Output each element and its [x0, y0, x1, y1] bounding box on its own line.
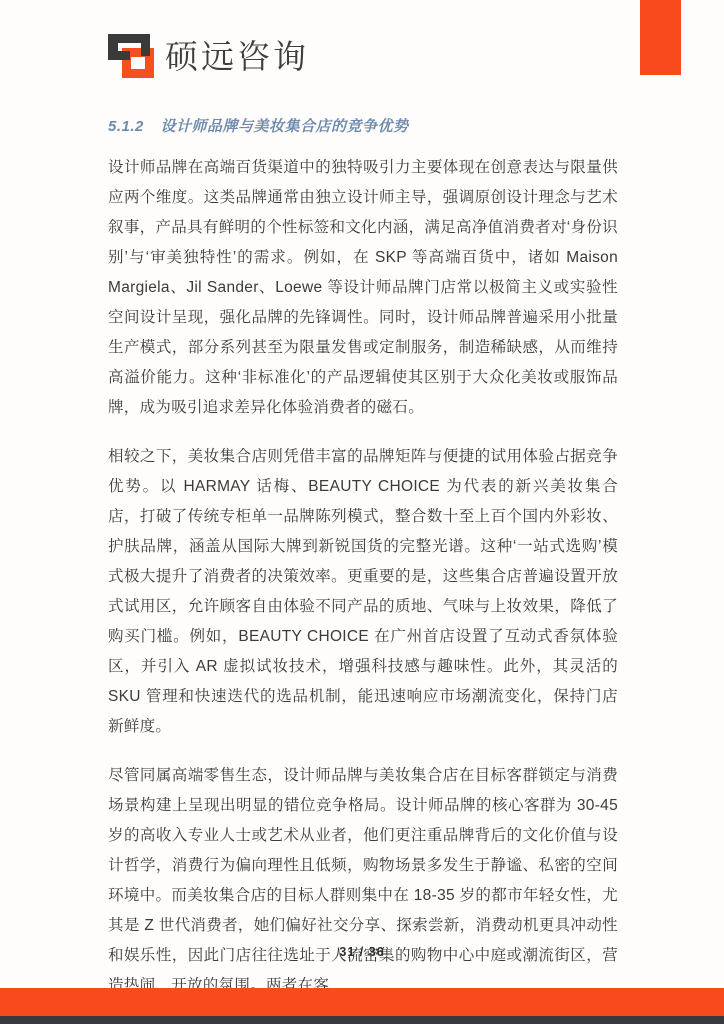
shuoyuan-logo-icon	[108, 34, 156, 80]
section-heading-title: 设计师品牌与美妆集合店的竞争优势	[161, 118, 409, 135]
paragraph-3: 尽管同属高端零售生态，设计师品牌与美妆集合店在目标客群锁定与消费场景构建上呈现出…	[108, 761, 618, 1001]
paragraph-2: 相较之下，美妆集合店则凭借丰富的品牌矩阵与便捷的试用体验占据竞争优势。以 HAR…	[108, 442, 618, 742]
document-content: 5.1.2 设计师品牌与美妆集合店的竞争优势 设计师品牌在高端百货渠道中的独特吸…	[108, 116, 618, 1020]
paragraph-1: 设计师品牌在高端百货渠道中的独特吸引力主要体现在创意表达与限量供应两个维度。这类…	[108, 153, 618, 423]
page-number: 31 / 36	[0, 945, 724, 959]
section-heading-number: 5.1.2	[108, 118, 144, 135]
brand-name: 硕远咨询	[165, 34, 309, 80]
brand-logo: 硕远咨询	[108, 34, 309, 80]
document-page: 硕远咨询 5.1.2 设计师品牌与美妆集合店的竞争优势 设计师品牌在高端百货渠道…	[0, 0, 724, 1024]
footer-accent-bar	[0, 988, 724, 1016]
footer-dark-bar	[0, 1016, 724, 1024]
section-heading: 5.1.2 设计师品牌与美妆集合店的竞争优势	[108, 116, 618, 138]
header-accent-block	[640, 0, 681, 75]
